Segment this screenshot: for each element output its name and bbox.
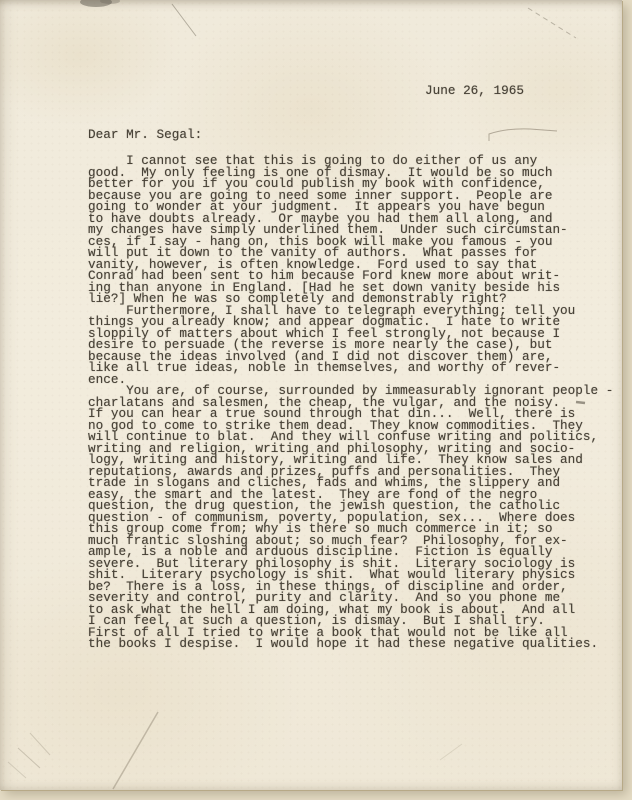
letter-paper: June 26, 1965 Dear Mr. Segal: I cannot s… xyxy=(0,0,622,790)
letter-body: I cannot see that this is going to do ei… xyxy=(88,155,622,650)
body-line: the books I despise. I would hope it had… xyxy=(88,638,622,650)
body-line: like all true ideas, noble in themselves… xyxy=(88,362,622,374)
letter-date: June 26, 1965 xyxy=(425,84,524,97)
letter-salutation: Dear Mr. Segal: xyxy=(88,128,202,141)
scanned-letter-page: { "letter": { "date": "June 26, 1965", "… xyxy=(0,0,632,800)
